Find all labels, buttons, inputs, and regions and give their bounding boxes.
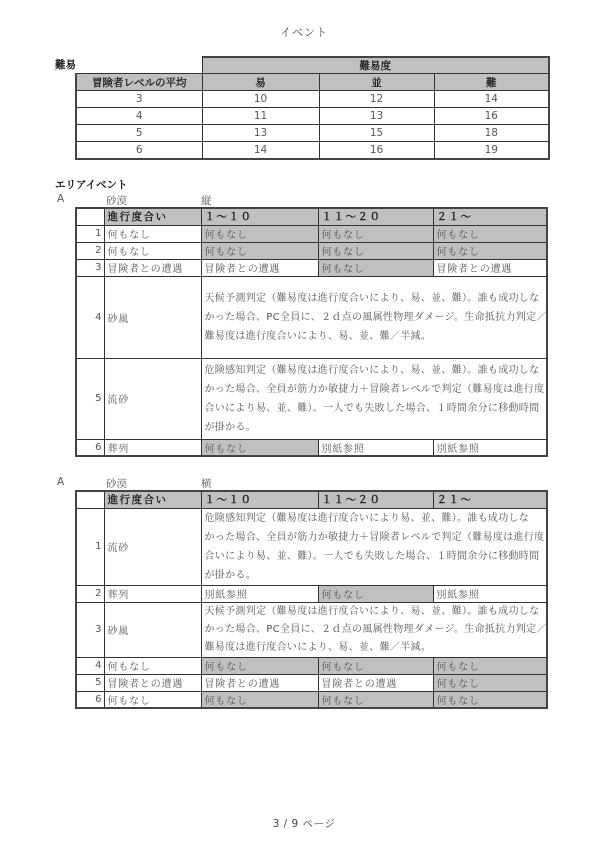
detail-line: かった場合、PC全員に、２ｄ点の風属性物理ダメージ。生命抵抗力判定／ (205, 308, 544, 327)
table-row: 6 何もなし 何もなし 何もなし 何もなし (76, 691, 547, 708)
detail-line: かった場合、全員が筋力か敏捷力＋冒険者レベルで判定（難易度は進行度 (205, 528, 544, 547)
event-cell: 冒険者との遭遇 (318, 674, 433, 691)
area-heading: A 砂漠 横 (0, 476, 608, 490)
row-number: 6 (76, 691, 104, 708)
normal-cell: 16 (319, 142, 434, 159)
event-name: 冒険者との遭遇 (104, 259, 201, 276)
column-header-1-10: １～１０ (201, 491, 318, 508)
event-name: 砂嵐 (104, 602, 201, 657)
event-cell: 何もなし (318, 242, 433, 259)
event-cell: 別紙参照 (433, 585, 547, 602)
event-cell: 別紙参照 (318, 439, 433, 456)
area-event-table-vertical: 進行度合い １～１０ １１～２０ ２１～ 1 何もなし 何もなし 何もなし 何も… (75, 207, 548, 457)
detail-line: が掛かる。 (205, 418, 544, 437)
hard-cell: 18 (434, 125, 549, 142)
row-number: 3 (76, 602, 104, 657)
page-title: イベント (0, 24, 608, 40)
event-name: 流砂 (104, 508, 201, 585)
row-number: 5 (76, 674, 104, 691)
table-row: 6 14 16 19 (76, 142, 549, 159)
row-number: 2 (76, 242, 104, 259)
column-header-1-10: １～１０ (201, 208, 318, 225)
event-detail: 危険感知判定（難易度は進行度合いにより易、並、難）。誰も成功しな かった場合、全… (201, 508, 547, 585)
event-cell: 何もなし (433, 242, 547, 259)
event-cell: 何もなし (201, 242, 318, 259)
detail-line: かった場合、PC全員に、２ｄ点の風属性物理ダメージ。生命抵抗力判定／ (205, 621, 544, 639)
row-number: 4 (76, 657, 104, 674)
detail-line: が掛かる。 (205, 566, 544, 585)
level-cell: 3 (76, 91, 202, 108)
level-cell: 4 (76, 108, 202, 125)
table-row: 4 何もなし 何もなし 何もなし 何もなし (76, 657, 547, 674)
event-cell: 冒険者との遭遇 (201, 259, 318, 276)
table-row: 3 10 12 14 (76, 91, 549, 108)
hard-cell: 19 (434, 142, 549, 159)
area-code: A (57, 193, 64, 205)
detail-line: 危険感知判定（難易度は進行度合いにより易、並、難）。誰も成功しな (205, 509, 544, 528)
event-name: 何もなし (104, 691, 201, 708)
table-row: 2 葬列 別紙参照 何もなし 別紙参照 (76, 585, 547, 602)
column-header-normal: 並 (319, 74, 434, 91)
table-row: 1 流砂 危険感知判定（難易度は進行度合いにより易、並、難）。誰も成功しな かっ… (76, 508, 547, 585)
level-cell: 5 (76, 125, 202, 142)
event-name: 葬列 (104, 585, 201, 602)
area-orientation: 横 (201, 476, 212, 491)
event-cell: 何もなし (318, 657, 433, 674)
normal-cell: 12 (319, 91, 434, 108)
row-number: 1 (76, 508, 104, 585)
easy-cell: 10 (202, 91, 319, 108)
column-header-21-plus: ２１～ (433, 208, 547, 225)
detail-line: 天候予測判定（難易度は進行度合いにより、易、並、難）。誰も成功しな (205, 289, 544, 308)
event-name: 冒険者との遭遇 (104, 674, 201, 691)
document-page: イベント 難易度 難易度 冒険者レベルの平均 易 並 難 3 10 12 14 … (0, 0, 608, 859)
table-row: 1 何もなし 何もなし 何もなし 何もなし (76, 225, 547, 242)
area-code: A (57, 476, 64, 488)
column-header-11-20: １１～２０ (318, 208, 433, 225)
area-name: 砂漠 (106, 476, 127, 491)
row-number: 1 (76, 225, 104, 242)
table-row: 6 葬列 何もなし 別紙参照 別紙参照 (76, 439, 547, 456)
event-cell: 何もなし (318, 259, 433, 276)
event-cell: 何もなし (318, 691, 433, 708)
difficulty-group-header: 難易度 (202, 57, 549, 74)
event-cell: 冒険者との遭遇 (201, 674, 318, 691)
easy-cell: 11 (202, 108, 319, 125)
blank-header-cell (76, 208, 104, 225)
event-cell: 何もなし (433, 225, 547, 242)
area-heading: A 砂漠 縦 (0, 193, 608, 207)
hard-cell: 14 (434, 91, 549, 108)
column-header-hard: 難 (434, 74, 549, 91)
row-number: 3 (76, 259, 104, 276)
event-cell: 何もなし (201, 657, 318, 674)
event-name: 葬列 (104, 439, 201, 456)
table-row: 4 11 13 16 (76, 108, 549, 125)
blank-corner-cell (76, 57, 202, 74)
event-cell: 何もなし (201, 691, 318, 708)
detail-line: 合いにより易、並、難）。一人でも失敗した場合、１時間余分に移動時間 (205, 547, 544, 566)
detail-line: 難易度は進行度合いにより、易、並、難／半減。 (205, 639, 544, 657)
table-row: 5 13 15 18 (76, 125, 549, 142)
table-row: 5 流砂 危険感知判定（難易度は進行度合いにより、易、並、難）。誰も成功しな か… (76, 358, 547, 439)
detail-line: 天候予測判定（難易度は進行度合いにより、易、並、難）。誰も成功しな (205, 603, 544, 621)
row-number: 6 (76, 439, 104, 456)
blank-header-cell (76, 491, 104, 508)
column-header-11-20: １１～２０ (318, 491, 433, 508)
page-number: 3 / 9 ページ (0, 816, 608, 831)
easy-cell: 14 (202, 142, 319, 159)
area-name: 砂漠 (106, 193, 127, 208)
difficulty-table: 難易度 冒険者レベルの平均 易 並 難 3 10 12 14 4 11 13 1… (75, 56, 550, 160)
row-number: 2 (76, 585, 104, 602)
table-row: 2 何もなし 何もなし 何もなし 何もなし (76, 242, 547, 259)
event-cell: 何もなし (201, 225, 318, 242)
row-number: 5 (76, 358, 104, 439)
table-row: 4 砂嵐 天候予測判定（難易度は進行度合いにより、易、並、難）。誰も成功しな か… (76, 276, 547, 358)
area-events-section-label: エリアイベント (55, 177, 128, 192)
event-cell: 何もなし (433, 657, 547, 674)
area-event-table-horizontal: 進行度合い １～１０ １１～２０ ２１～ 1 流砂 危険感知判定（難易度は進行度… (75, 490, 548, 709)
event-detail: 天候予測判定（難易度は進行度合いにより、易、並、難）。誰も成功しな かった場合、… (201, 602, 547, 657)
detail-line: かった場合、全員が筋力か敏捷力＋冒険者レベルで判定（難易度は進行度 (205, 380, 544, 399)
event-detail: 天候予測判定（難易度は進行度合いにより、易、並、難）。誰も成功しな かった場合、… (201, 276, 547, 358)
area-orientation: 縦 (201, 193, 212, 208)
column-header-progress: 進行度合い (104, 491, 201, 508)
level-cell: 6 (76, 142, 202, 159)
event-cell: 何もなし (318, 225, 433, 242)
column-header-level: 冒険者レベルの平均 (76, 74, 202, 91)
row-number: 4 (76, 276, 104, 358)
event-cell: 冒険者との遭遇 (433, 259, 547, 276)
detail-line: 危険感知判定（難易度は進行度合いにより、易、並、難）。誰も成功しな (205, 361, 544, 380)
table-row: 5 冒険者との遭遇 冒険者との遭遇 冒険者との遭遇 何もなし (76, 674, 547, 691)
table-row: 3 砂嵐 天候予測判定（難易度は進行度合いにより、易、並、難）。誰も成功しな か… (76, 602, 547, 657)
detail-line: 合いにより易、並、難）。一人でも失敗した場合、１時間余分に移動時間 (205, 399, 544, 418)
event-cell: 別紙参照 (433, 439, 547, 456)
event-cell: 何もなし (201, 439, 318, 456)
event-name: 何もなし (104, 225, 201, 242)
event-cell: 何もなし (433, 674, 547, 691)
event-detail: 危険感知判定（難易度は進行度合いにより、易、並、難）。誰も成功しな かった場合、… (201, 358, 547, 439)
column-header-progress: 進行度合い (104, 208, 201, 225)
event-name: 何もなし (104, 242, 201, 259)
normal-cell: 15 (319, 125, 434, 142)
hard-cell: 16 (434, 108, 549, 125)
easy-cell: 13 (202, 125, 319, 142)
normal-cell: 13 (319, 108, 434, 125)
detail-line: 難易度は進行度合いにより、易、並、難／半減。 (205, 327, 544, 346)
event-name: 砂嵐 (104, 276, 201, 358)
table-row: 3 冒険者との遭遇 冒険者との遭遇 何もなし 冒険者との遭遇 (76, 259, 547, 276)
column-header-21-plus: ２１～ (433, 491, 547, 508)
event-cell: 何もなし (433, 691, 547, 708)
column-header-easy: 易 (202, 74, 319, 91)
event-cell: 別紙参照 (201, 585, 318, 602)
event-name: 何もなし (104, 657, 201, 674)
event-name: 流砂 (104, 358, 201, 439)
event-cell: 何もなし (318, 585, 433, 602)
